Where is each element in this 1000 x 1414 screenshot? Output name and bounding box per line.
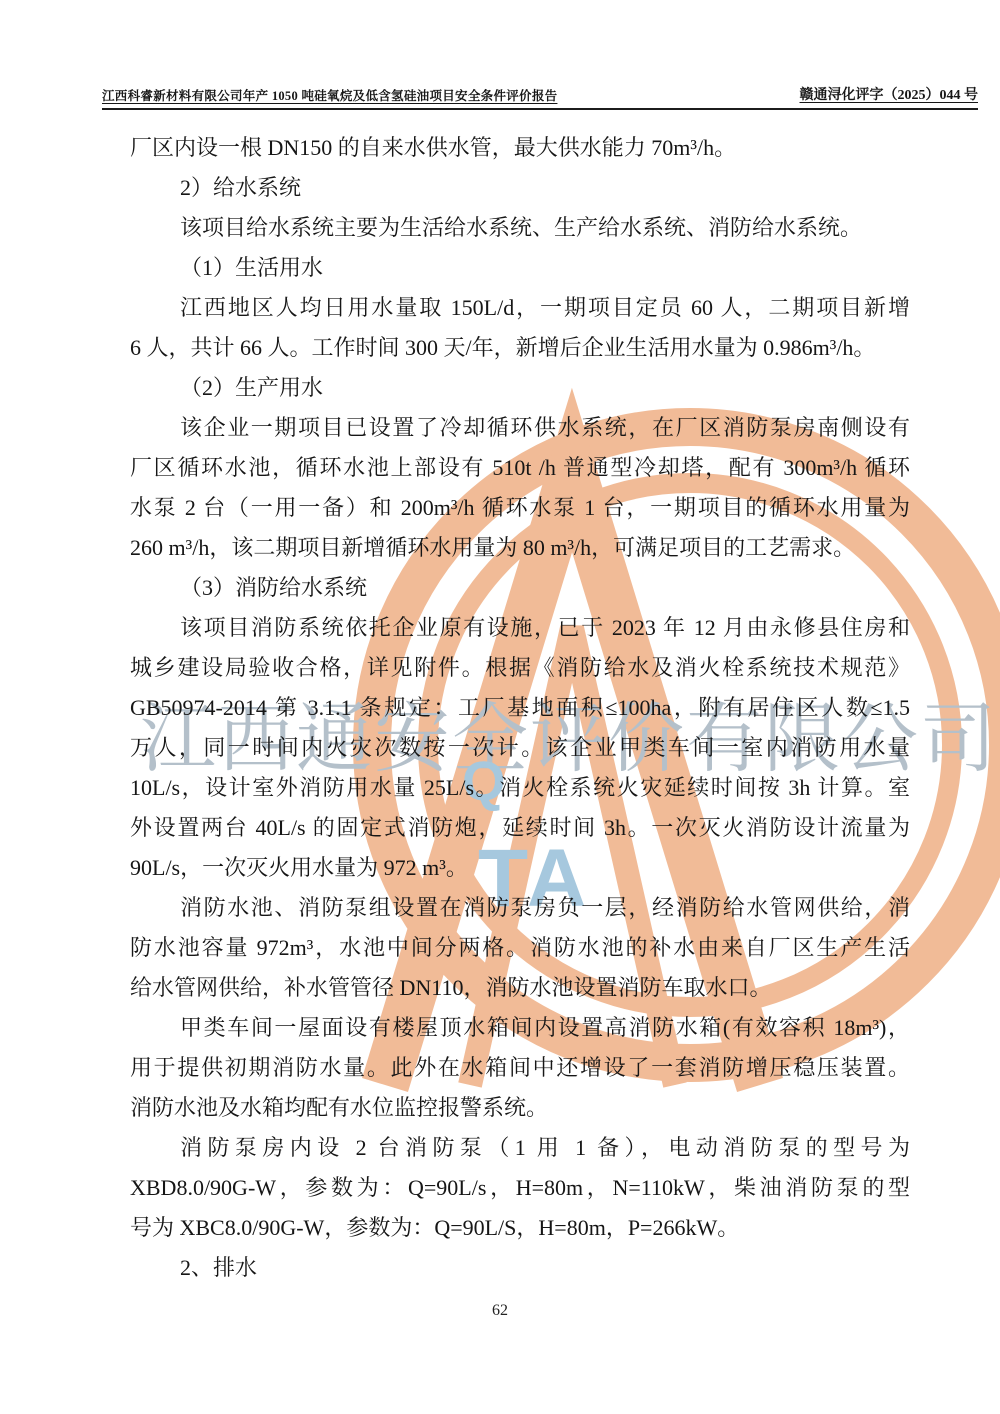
text-line: 防水池容量 972m³，水池中间分两格。消防水池的补水由来自厂区生产生活 [130,928,910,968]
text-line: 万人，同一时间内火灾次数按一次计。该企业甲类车间一室内消防用水量 [130,728,910,768]
text-line: GB50974-2014 第 3.1.1 条规定：工厂基地面积≤100ha，附有… [130,688,910,728]
text-line: 用于提供初期消防水量。此外在水箱间中还增设了一套消防增压稳压装置。 [130,1048,910,1088]
document-page: 江西通安全评价有限公司 Q TA 江西科睿新材料有限公司年产 1050 吨硅氧烷… [0,0,1000,1414]
page-header: 江西科睿新材料有限公司年产 1050 吨硅氧烷及低含氢硅油项目安全条件评价报告 … [102,84,978,110]
text-line: （1）生活用水 [130,248,910,288]
page-footer: 62 [0,1302,1000,1320]
text-line: 消防水池及水箱均配有水位监控报警系统。 [130,1088,910,1128]
text-line: 消防水池、消防泵组设置在消防泵房负一层，经消防给水管网供给，消 [130,888,910,928]
text-line: 江西地区人均日用水量取 150L/d，一期项目定员 60 人，二期项目新增 [130,288,910,328]
text-line: 10L/s，设计室外消防用水量 25L/s。消火栓系统火灾延续时间按 3h 计算… [130,768,910,808]
text-line: 6 人，共计 66 人。工作时间 300 天/年，新增后企业生活用水量为 0.9… [130,328,910,368]
text-line: 厂区内设一根 DN150 的自来水供水管，最大供水能力 70m³/h。 [130,128,910,168]
text-line: 给水管网供给，补水管管径 DN110，消防水池设置消防车取水口。 [130,968,910,1008]
text-line: 外设置两台 40L/s 的固定式消防炮，延续时间 3h。一次灭火消防设计流量为 [130,808,910,848]
text-line: 城乡建设局验收合格，详见附件。根据《消防给水及消火栓系统技术规范》 [130,648,910,688]
document-body: 厂区内设一根 DN150 的自来水供水管，最大供水能力 70m³/h。2）给水系… [130,128,910,1288]
header-doc-number: 赣通浔化评字（2025）044 号 [800,84,979,104]
text-line: 2）给水系统 [130,168,910,208]
text-line: （2）生产用水 [130,368,910,408]
text-line: 号为 XBC8.0/90G-W，参数为：Q=90L/S，H=80m，P=266k… [130,1208,910,1248]
text-line: 该项目消防系统依托企业原有设施，已于 2023 年 12 月由永修县住房和 [130,608,910,648]
page-number: 62 [492,1302,508,1319]
text-line: 甲类车间一屋面设有楼屋顶水箱间内设置高消防水箱(有效容积 18m³)， [130,1008,910,1048]
text-line: 消防泵房内设 2 台消防泵（1 用 1 备），电动消防泵的型号为 [130,1128,910,1168]
text-line: 260 m³/h，该二期项目新增循环水用量为 80 m³/h，可满足项目的工艺需… [130,528,910,568]
header-report-title: 江西科睿新材料有限公司年产 1050 吨硅氧烷及低含氢硅油项目安全条件评价报告 [102,86,557,104]
text-line: 该企业一期项目已设置了冷却循环供水系统，在厂区消防泵房南侧设有 [130,408,910,448]
text-line: 该项目给水系统主要为生活给水系统、生产给水系统、消防给水系统。 [130,208,910,248]
text-line: 水泵 2 台（一用一备）和 200m³/h 循环水泵 1 台，一期项目的循环水用… [130,488,910,528]
text-line: （3）消防给水系统 [130,568,910,608]
text-line: 厂区循环水池，循环水池上部设有 510t /h 普通型冷却塔，配有 300m³/… [130,448,910,488]
text-line: 90L/s，一次灭火用水量为 972 m³。 [130,848,910,888]
text-line: 2、排水 [130,1248,910,1288]
text-line: XBD8.0/90G-W，参数为：Q=90L/s，H=80m，N=110kW，柴… [130,1168,910,1208]
